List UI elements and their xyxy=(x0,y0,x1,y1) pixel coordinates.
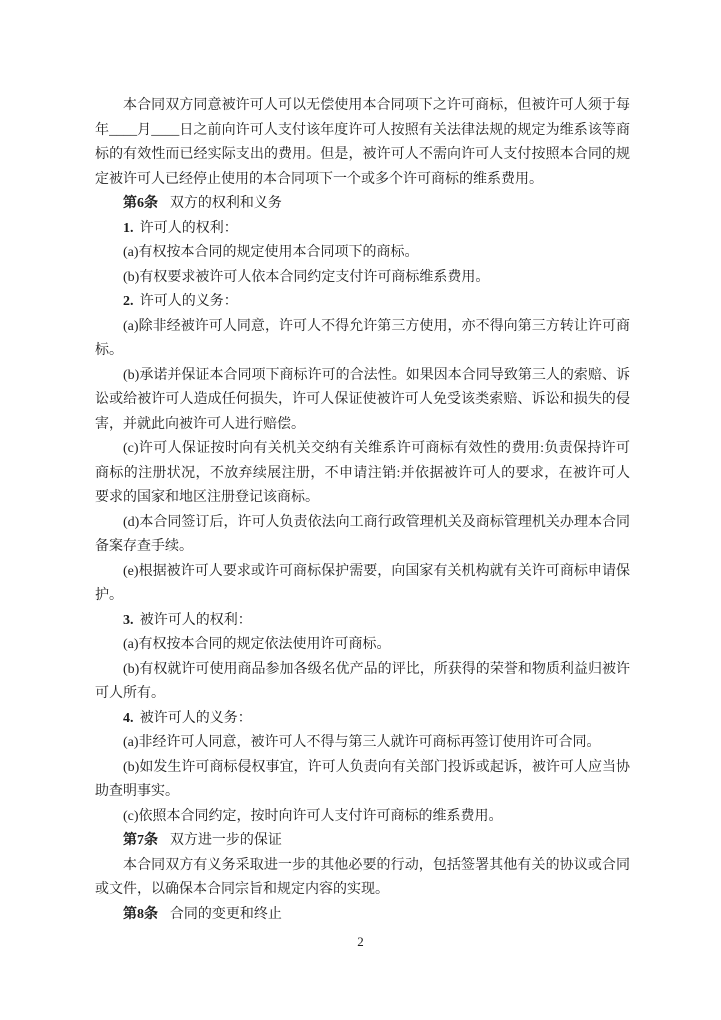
contract-body: 本合同双方同意被许可人可以无偿使用本合同项下之许可商标，但被许可人须于每年___… xyxy=(95,94,630,927)
item-4c: (c)依照本合同约定，按时向许可人支付许可商标的维系费用。 xyxy=(95,805,630,830)
item-2b: (b)承诺并保证本合同项下商标许可的合法性。如果因本合同导致第三人的索赔、诉讼或… xyxy=(95,364,630,438)
article-8-heading: 第8条合同的变更和终止 xyxy=(95,903,630,928)
paragraph-maintenance-fee: 本合同双方同意被许可人可以无偿使用本合同项下之许可商标，但被许可人须于每年___… xyxy=(95,94,630,192)
article-6-heading: 第6条双方的权利和义务 xyxy=(95,192,630,217)
item-1-number: 1. xyxy=(123,221,134,236)
item-3-licensee-rights: 3.被许可人的权利： xyxy=(95,609,630,634)
item-4-licensee-obligations: 4.被许可人的义务： xyxy=(95,707,630,732)
item-2-label: 许可人的义务： xyxy=(140,294,238,309)
item-1-licensor-rights: 1.许可人的权利： xyxy=(95,217,630,242)
item-1a: (a)有权按本合同的规定使用本合同项下的商标。 xyxy=(95,241,630,266)
page-number: 2 xyxy=(0,933,721,951)
item-4-label: 被许可人的义务： xyxy=(140,711,252,726)
item-2e: (e)根据被许可人要求或许可商标保护需要，向国家有关机构就有关许可商标申请保护。 xyxy=(95,560,630,609)
item-3-number: 3. xyxy=(123,613,134,628)
item-2-number: 2. xyxy=(123,294,134,309)
article-6-number: 第6条 xyxy=(123,196,158,211)
item-2a: (a)除非经被许可人同意，许可人不得允许第三方使用，亦不得向第三方转让许可商标。 xyxy=(95,315,630,364)
article-7-heading: 第7条双方进一步的保证 xyxy=(95,829,630,854)
item-3-label: 被许可人的权利： xyxy=(140,613,252,628)
item-2c: (c)许可人保证按时向有关机关交纳有关维系许可商标有效性的费用:负责保持许可商标… xyxy=(95,437,630,511)
item-4b: (b)如发生许可商标侵权事宜，许可人负责向有关部门投诉或起诉，被许可人应当协助查… xyxy=(95,756,630,805)
item-1b: (b)有权要求被许可人依本合同约定支付许可商标维系费用。 xyxy=(95,266,630,291)
contract-page: 本合同双方同意被许可人可以无偿使用本合同项下之许可商标，但被许可人须于每年___… xyxy=(0,0,721,1020)
item-3b: (b)有权就许可使用商品参加各级名优产品的评比，所获得的荣誉和物质利益归被许可人… xyxy=(95,658,630,707)
item-2-licensor-obligations: 2.许可人的义务： xyxy=(95,290,630,315)
item-1-label: 许可人的权利： xyxy=(140,221,238,236)
item-2d: (d)本合同签订后，许可人负责依法向工商行政管理机关及商标管理机关办理本合同备案… xyxy=(95,511,630,560)
article-7-number: 第7条 xyxy=(123,833,158,848)
article-7-title: 双方进一步的保证 xyxy=(170,833,282,848)
item-3a: (a)有权按本合同的规定依法使用许可商标。 xyxy=(95,633,630,658)
item-4-number: 4. xyxy=(123,711,134,726)
article-8-title: 合同的变更和终止 xyxy=(170,907,282,922)
item-4a: (a)非经许可人同意，被许可人不得与第三人就许可商标再签订使用许可合同。 xyxy=(95,731,630,756)
article-6-title: 双方的权利和义务 xyxy=(170,196,282,211)
article-8-number: 第8条 xyxy=(123,907,158,922)
paragraph-further-assurance: 本合同双方有义务采取进一步的其他必要的行动，包括签署其他有关的协议或合同或文件，… xyxy=(95,854,630,903)
